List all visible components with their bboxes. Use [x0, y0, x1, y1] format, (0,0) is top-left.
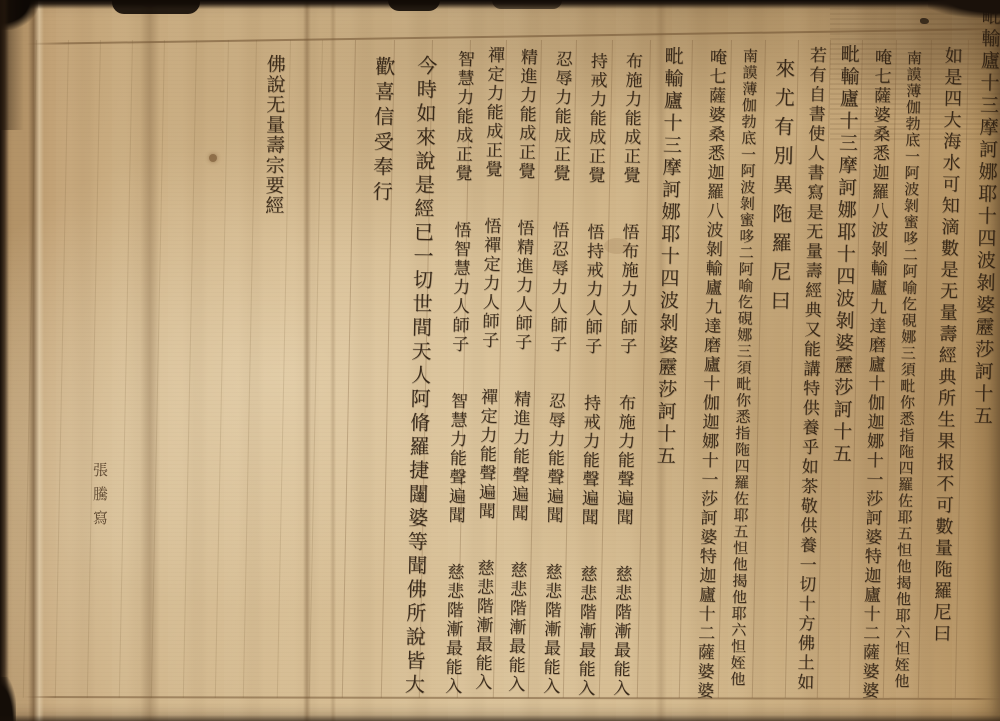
- paper-stain: [209, 154, 217, 162]
- scroll-edge-tear: [0, 0, 24, 130]
- scroll-edge-tear: [112, 0, 200, 14]
- prose-merit-2b: 來尤有別異陁羅尼曰: [765, 58, 799, 320]
- scroll-corner-dark: [928, 0, 1000, 18]
- sutra-end-title: 佛說无量壽宗要經: [260, 54, 289, 216]
- ink-speck: [920, 18, 929, 24]
- manuscript-scroll-photo: 毗輸廬十三摩訶娜耶十四波剝婆靂莎訶十五如是四大海水可知滴數是无量壽經典所生果报不…: [0, 0, 1000, 721]
- scroll-edge-tear: [388, 0, 440, 11]
- paper-crease: [330, 0, 336, 721]
- paper-stain: [604, 238, 630, 254]
- scribe-signature: 張騰寫: [90, 462, 111, 534]
- closing-2: 歡喜信受奉行: [367, 56, 399, 207]
- scroll-edge-tear: [492, 0, 562, 9]
- scroll-edge-bottom: [0, 715, 1000, 721]
